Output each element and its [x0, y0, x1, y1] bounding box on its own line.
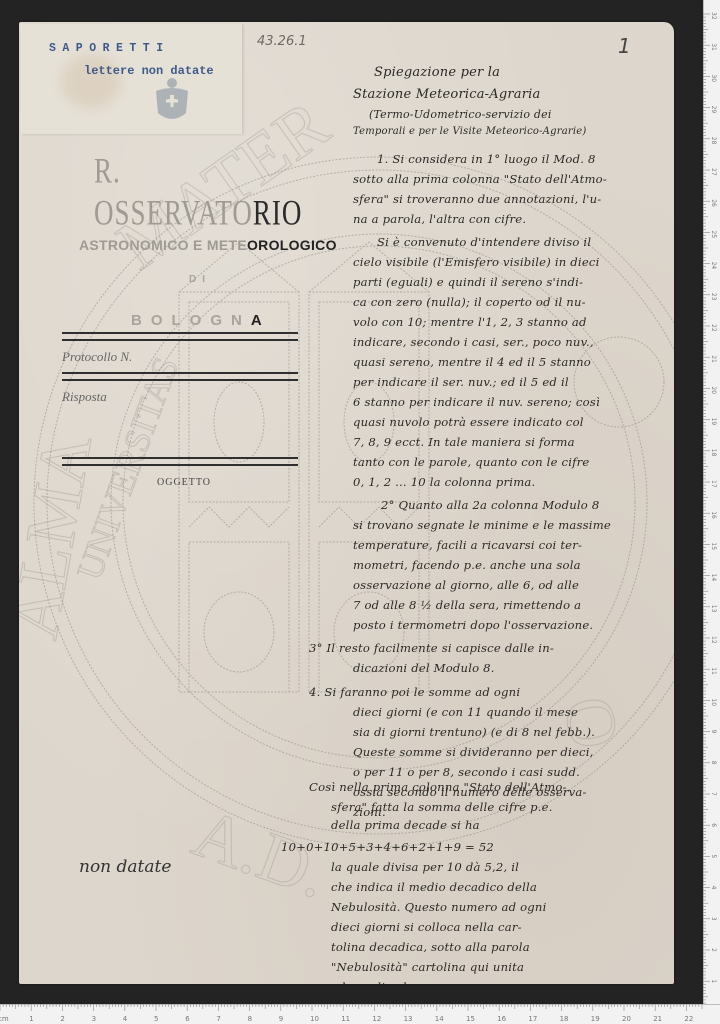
svg-text:19: 19 — [710, 418, 717, 426]
manuscript-line: 7, 8, 9 ecct. In tale maniera si forma — [353, 435, 575, 449]
manuscript-line: volo con 10; mentre l'1, 2, 3 stanno ad — [353, 315, 587, 329]
manuscript-line: 0, 1, 2 ... 10 la colonna prima. — [353, 475, 535, 489]
svg-text:4: 4 — [710, 886, 717, 890]
svg-text:28: 28 — [710, 137, 717, 145]
manuscript-line: 1. Si considera in 1° luogo il Mod. 8 — [377, 152, 596, 166]
letterhead-city-dark: A — [251, 312, 271, 329]
svg-text:cm: cm — [0, 1015, 9, 1023]
letterhead-city: BOLOGNA — [131, 312, 271, 329]
svg-text:8: 8 — [248, 1015, 252, 1023]
svg-text:3: 3 — [92, 1015, 96, 1023]
svg-text:5: 5 — [154, 1015, 158, 1023]
svg-text:11: 11 — [710, 667, 717, 675]
oggetto-label: OGGETTO — [157, 477, 211, 488]
svg-text:2: 2 — [710, 948, 717, 952]
svg-text:14: 14 — [710, 574, 717, 582]
svg-text:16: 16 — [497, 1015, 506, 1023]
measurement-ruler-vertical: 3231302928272625242322212019181716151413… — [703, 0, 720, 1004]
svg-text:17: 17 — [710, 480, 717, 488]
svg-text:26: 26 — [710, 199, 717, 207]
archive-label-description: lettere non datate — [84, 64, 214, 78]
risposta-label: Risposta — [62, 389, 107, 405]
svg-text:9: 9 — [710, 730, 717, 734]
manuscript-line: mometri, facendo p.e. anche una sola — [353, 558, 581, 572]
manuscript-line: quasi nuvolo potrà essere indicato col — [353, 415, 584, 429]
svg-text:19: 19 — [591, 1015, 600, 1023]
svg-text:1: 1 — [29, 1015, 33, 1023]
manuscript-line: o per 11 o per 8, secondo i casi sudd. — [353, 765, 580, 779]
svg-text:30: 30 — [710, 74, 717, 82]
svg-text:12: 12 — [372, 1015, 381, 1023]
manuscript-line: 3° Il resto facilmente si capisce dalle … — [309, 641, 554, 655]
archive-label-strip: SAPORETTI lettere non datate — [21, 24, 243, 134]
margin-note: non datate — [79, 857, 171, 877]
svg-text:1: 1 — [710, 979, 717, 983]
svg-text:25: 25 — [710, 230, 717, 238]
manuscript-line: dicazioni del Modulo 8. — [353, 661, 495, 675]
svg-text:2: 2 — [60, 1015, 64, 1023]
svg-text:29: 29 — [710, 106, 717, 114]
letterhead-connector: DI — [189, 274, 211, 285]
svg-text:9: 9 — [279, 1015, 283, 1023]
manuscript-title-line: Spiegazione per la — [374, 65, 500, 80]
paper-stain — [61, 54, 121, 109]
svg-text:15: 15 — [466, 1015, 475, 1023]
manuscript-line: dieci giorni (e con 11 quando il mese — [353, 705, 578, 719]
manuscript-line: parti (eguali) e quindi il sereno s'indi… — [353, 275, 583, 289]
archive-number: 43.26.1 — [257, 34, 307, 49]
manuscript-line: della prima decade si ha — [331, 818, 480, 832]
svg-text:22: 22 — [684, 1015, 693, 1023]
svg-text:17: 17 — [528, 1015, 537, 1023]
protocollo-label: Protocollo N. — [62, 349, 132, 365]
svg-text:6: 6 — [185, 1015, 190, 1023]
document-page: ALMA MATER UNIVERSITAS A.D. O SAPORETTI … — [19, 22, 674, 984]
manuscript-line: ed ora di color cenere. — [331, 980, 469, 984]
manuscript-line: 7 od alle 8 ½ della sera, rimettendo a — [353, 598, 581, 612]
svg-text:UNIVERSITAS: UNIVERSITAS — [69, 352, 186, 585]
manuscript-line: dieci giorni si colloca nella car- — [331, 920, 522, 934]
manuscript-title-line: Temporali e per le Visite Meteorico-Agra… — [353, 126, 586, 137]
svg-text:12: 12 — [710, 636, 717, 644]
svg-text:21: 21 — [653, 1015, 662, 1023]
letterhead-subtitle-faded: ASTRONOMICO E METE — [79, 237, 247, 253]
svg-text:20: 20 — [710, 386, 717, 394]
letterhead-institution-dark: RIO — [253, 192, 303, 233]
ruler-ticks-vertical: 3231302928272625242322212019181716151413… — [703, 0, 720, 1004]
svg-text:7: 7 — [710, 792, 717, 796]
manuscript-line: indicare, secondo i casi, ser., poco nuv… — [353, 335, 594, 349]
svg-text:7: 7 — [216, 1015, 220, 1023]
svg-text:18: 18 — [710, 449, 717, 457]
letterhead-subtitle: ASTRONOMICO E METEOROLOGICO — [79, 237, 337, 253]
letterhead-rule — [62, 332, 298, 341]
svg-text:15: 15 — [710, 542, 717, 550]
manuscript-equation: 10+0+10+5+3+4+6+2+1+9 = 52 — [281, 840, 494, 854]
svg-text:31: 31 — [710, 43, 717, 51]
measurement-ruler-horizontal: cm12345678910111213141516171819202122 — [0, 1004, 720, 1024]
svg-text:13: 13 — [710, 605, 717, 613]
letterhead-institution: R. OSSERVATORIO — [94, 150, 314, 234]
manuscript-line: tanto con le parole, quanto con le cifre — [353, 455, 589, 469]
manuscript-line: sia di giorni trentuno) (e di 8 nel febb… — [353, 725, 595, 739]
manuscript-line: "Nebulosità" cartolina qui unita — [331, 960, 524, 974]
manuscript-line: sfera" si troveranno due annotazioni, l'… — [353, 192, 601, 206]
svg-text:32: 32 — [710, 12, 717, 20]
svg-text:10: 10 — [710, 698, 717, 706]
manuscript-line: tolina decadica, sotto alla parola — [331, 940, 530, 954]
manuscript-line: 6 stanno per indicare il nuv. sereno; co… — [353, 395, 600, 409]
manuscript-line: sfera" fatta la somma delle cifre p.e. — [331, 800, 553, 814]
royal-crest-icon — [150, 77, 194, 127]
letterhead-institution-faded: R. OSSERVATO — [94, 150, 253, 232]
manuscript-line: Queste somme si divideranno per dieci, — [353, 745, 594, 759]
letterhead-city-faded: BOLOGN — [131, 312, 251, 329]
svg-text:21: 21 — [710, 355, 717, 363]
manuscript-line: osservazione al giorno, alle 6, od alle — [353, 578, 579, 592]
manuscript-line: che indica il medio decadico della — [331, 880, 537, 894]
protocollo-rule — [62, 372, 298, 381]
svg-text:20: 20 — [622, 1015, 631, 1023]
manuscript-title-line: (Termo-Udometrico-servizio dei — [369, 108, 552, 121]
svg-text:27: 27 — [710, 168, 717, 176]
risposta-rule — [62, 457, 298, 466]
svg-text:13: 13 — [404, 1015, 413, 1023]
svg-text:16: 16 — [710, 511, 717, 519]
svg-text:10: 10 — [310, 1015, 319, 1023]
manuscript-line: na a parola, l'altra con cifre. — [353, 212, 526, 226]
svg-text:3: 3 — [710, 917, 717, 921]
svg-text:5: 5 — [710, 854, 717, 858]
svg-text:14: 14 — [435, 1015, 444, 1023]
manuscript-line: ca con zero (nulla); il coperto od il nu… — [353, 295, 586, 309]
svg-text:11: 11 — [341, 1015, 350, 1023]
manuscript-line: Nebulosità. Questo numero ad ogni — [331, 900, 546, 914]
manuscript-line: 2° Quanto alla 2a colonna Modulo 8 — [381, 498, 599, 512]
svg-text:23: 23 — [710, 293, 717, 301]
page-number: 1 — [618, 34, 631, 58]
manuscript-line: 4. Si faranno poi le somme ad ogni — [309, 685, 520, 699]
svg-text:4: 4 — [123, 1015, 128, 1023]
manuscript-line: posto i termometri dopo l'osservazione. — [353, 618, 593, 632]
manuscript-line: cielo visibile (l'Emisfero visibile) in … — [353, 255, 600, 269]
svg-text:A.D.: A.D. — [184, 795, 338, 914]
manuscript-line: la quale divisa per 10 dà 5,2, il — [331, 860, 519, 874]
manuscript-line: si trovano segnate le minime e le massim… — [353, 518, 611, 532]
archive-label-name: SAPORETTI — [49, 42, 170, 55]
manuscript-line: per indicare il ser. nuv.; ed il 5 ed il — [353, 375, 569, 389]
manuscript-line: Così nella prima colonna "Stato dell'Atm… — [309, 780, 567, 794]
manuscript-line: sotto alla prima colonna "Stato dell'Atm… — [353, 172, 607, 186]
svg-text:8: 8 — [710, 761, 717, 765]
svg-text:18: 18 — [560, 1015, 569, 1023]
manuscript-line: quasi sereno, mentre il 4 ed il 5 stanno — [353, 355, 591, 369]
svg-text:6: 6 — [710, 823, 717, 827]
manuscript-title-line: Stazione Meteorica-Agraria — [353, 87, 540, 102]
ruler-ticks-horizontal: cm12345678910111213141516171819202122 — [0, 1004, 720, 1024]
manuscript-line: temperature, facili a ricavarsi coi ter- — [353, 538, 582, 552]
letterhead-subtitle-dark: OROLOGICO — [247, 237, 337, 253]
svg-text:22: 22 — [710, 324, 717, 332]
svg-text:24: 24 — [710, 262, 717, 270]
manuscript-line: Si è convenuto d'intendere diviso il — [377, 235, 591, 249]
